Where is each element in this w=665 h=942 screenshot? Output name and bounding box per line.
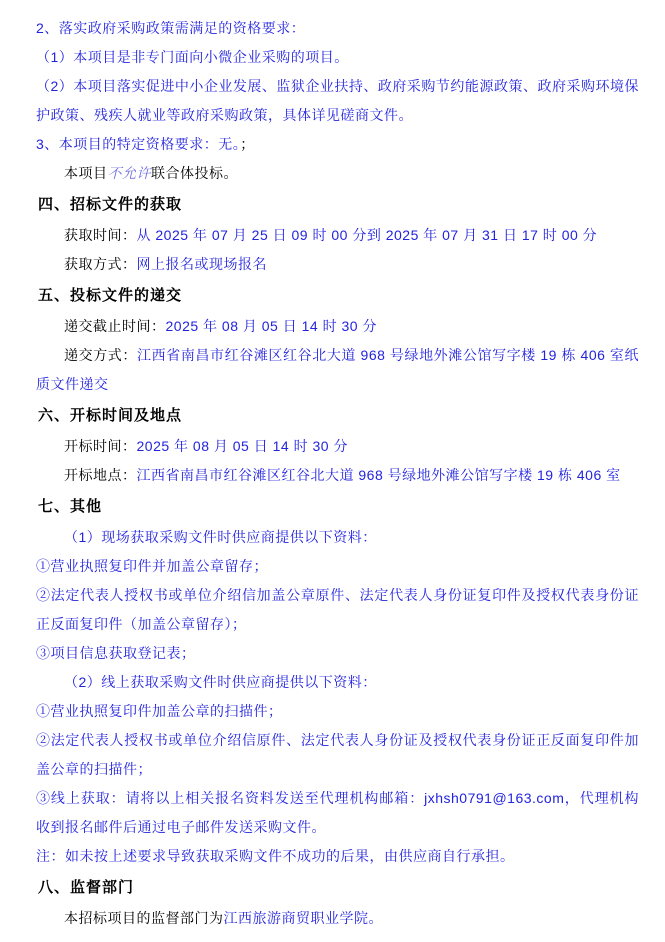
para-obtain-time-segment: 从 2025 年 07 月 25 日 09 时 00 分到 2025 年 07 …: [137, 227, 598, 243]
para-online-intro-segment: （2）线上获取采购文件时供应商提供以下资料：: [64, 674, 377, 690]
para-obtain-time-segment: 获取时间：: [64, 227, 137, 243]
para-submit-deadline-segment: 递交截止时间：: [64, 318, 166, 334]
para-item-2-segment: （2）本项目落实促进中小企业发展、监狱企业扶持、政府采购节约能源政策、政府采购环…: [36, 78, 639, 123]
para-supervision-segment: 本招标项目的监督部门为: [64, 910, 224, 926]
para-online-1-segment: ①营业执照复印件加盖公章的扫描件；: [36, 703, 283, 719]
para-obtain-method: 获取方式：网上报名或现场报名: [36, 250, 639, 279]
para-online-2: ②法定代表人授权书或单位介绍信原件、法定代表人身份证及授权代表身份证正反面复印件…: [36, 726, 639, 784]
para-onsite-3: ③项目信息获取登记表；: [36, 639, 639, 668]
para-opening-place: 开标地点：江西省南昌市红谷滩区红谷北大道 968 号绿地外滩公馆写字楼 19 栋…: [36, 461, 639, 490]
para-onsite-1: ①营业执照复印件并加盖公章留存；: [36, 552, 639, 581]
para-obtain-method-segment: 网上报名或现场报名: [137, 256, 268, 272]
heading-section-6: 六、开标时间及地点: [38, 401, 639, 430]
heading-section-6-segment: 六、开标时间及地点: [38, 407, 182, 424]
para-onsite-3-segment: ③项目信息获取登记表；: [36, 645, 196, 661]
heading-section-8: 八、监督部门: [38, 873, 639, 902]
para-opening-time: 开标时间：2025 年 08 月 05 日 14 时 30 分: [36, 432, 639, 461]
heading-section-7-segment: 七、其他: [38, 498, 102, 515]
para-online-1: ①营业执照复印件加盖公章的扫描件；: [36, 697, 639, 726]
para-specific-requirement-segment: ；: [240, 136, 255, 152]
para-policy-requirement: 2、落实政府采购政策需满足的资格要求：: [36, 14, 639, 43]
para-onsite-2-segment: ②法定代表人授权书或单位介绍信加盖公章原件、法定代表人身份证复印件及授权代表身份…: [36, 587, 639, 632]
document-page: 2、落实政府采购政策需满足的资格要求：（1）本项目是非专门面向小微企业采购的项目…: [0, 0, 665, 942]
para-online-2-segment: ②法定代表人授权书或单位介绍信原件、法定代表人身份证及授权代表身份证正反面复印件…: [36, 732, 639, 777]
para-supervision-segment: 江西旅游商贸职业学院。: [224, 910, 384, 926]
para-consortium-bidding-segment: 不允许: [108, 165, 152, 181]
para-opening-time-segment: 2025 年 08 月 05 日 14 时 30 分: [137, 438, 348, 454]
para-onsite-intro: （1）现场获取采购文件时供应商提供以下资料：: [36, 523, 639, 552]
para-opening-time-segment: 开标时间：: [64, 438, 137, 454]
para-submit-deadline-segment: 2025 年 08 月 05 日 14 时 30 分: [166, 318, 377, 334]
para-specific-requirement-segment: 3、本项目的特定资格要求：无。: [36, 136, 240, 152]
heading-section-5-segment: 五、投标文件的递交: [38, 287, 182, 304]
heading-section-4-segment: 四、招标文件的获取: [38, 196, 182, 213]
heading-section-8-segment: 八、监督部门: [38, 879, 134, 896]
para-item-2: （2）本项目落实促进中小企业发展、监狱企业扶持、政府采购节约能源政策、政府采购环…: [36, 72, 639, 130]
para-online-intro: （2）线上获取采购文件时供应商提供以下资料：: [36, 668, 639, 697]
para-consortium-bidding-segment: 联合体投标。: [151, 165, 238, 181]
para-consortium-bidding-segment: 本项目: [64, 165, 108, 181]
para-item-1-segment: （1）本项目是非专门面向小微企业采购的项目。: [36, 49, 349, 65]
para-opening-place-segment: 开标地点：: [64, 467, 137, 483]
para-specific-requirement: 3、本项目的特定资格要求：无。；: [36, 130, 639, 159]
para-obtain-method-segment: 获取方式：: [64, 256, 137, 272]
para-consortium-bidding: 本项目不允许联合体投标。: [36, 159, 639, 188]
para-item-1: （1）本项目是非专门面向小微企业采购的项目。: [36, 43, 639, 72]
para-submit-deadline: 递交截止时间：2025 年 08 月 05 日 14 时 30 分: [36, 312, 639, 341]
para-obtain-time: 获取时间：从 2025 年 07 月 25 日 09 时 00 分到 2025 …: [36, 221, 639, 250]
para-supervision: 本招标项目的监督部门为江西旅游商贸职业学院。: [36, 904, 639, 933]
heading-section-7: 七、其他: [38, 492, 639, 521]
para-online-3: ③线上获取：请将以上相关报名资料发送至代理机构邮箱：jxhsh0791@163.…: [36, 784, 639, 842]
para-policy-requirement-segment: 2、落实政府采购政策需满足的资格要求：: [36, 20, 305, 36]
para-note-segment: 注：如未按上述要求导致获取采购文件不成功的后果，由供应商自行承担。: [36, 848, 515, 864]
para-opening-place-segment: 江西省南昌市红谷滩区红谷北大道 968 号绿地外滩公馆写字楼 19 栋 406 …: [137, 467, 621, 483]
para-submit-method: 递交方式：江西省南昌市红谷滩区红谷北大道 968 号绿地外滩公馆写字楼 19 栋…: [36, 341, 639, 399]
para-note: 注：如未按上述要求导致获取采购文件不成功的后果，由供应商自行承担。: [36, 842, 639, 871]
heading-section-4: 四、招标文件的获取: [38, 190, 639, 219]
para-onsite-2: ②法定代表人授权书或单位介绍信加盖公章原件、法定代表人身份证复印件及授权代表身份…: [36, 581, 639, 639]
para-submit-method-segment: 递交方式：: [64, 347, 137, 363]
para-online-3-segment: ③线上获取：请将以上相关报名资料发送至代理机构邮箱：jxhsh0791@163.…: [36, 790, 639, 835]
para-onsite-intro-segment: （1）现场获取采购文件时供应商提供以下资料：: [64, 529, 377, 545]
para-onsite-1-segment: ①营业执照复印件并加盖公章留存；: [36, 558, 268, 574]
heading-section-5: 五、投标文件的递交: [38, 281, 639, 310]
